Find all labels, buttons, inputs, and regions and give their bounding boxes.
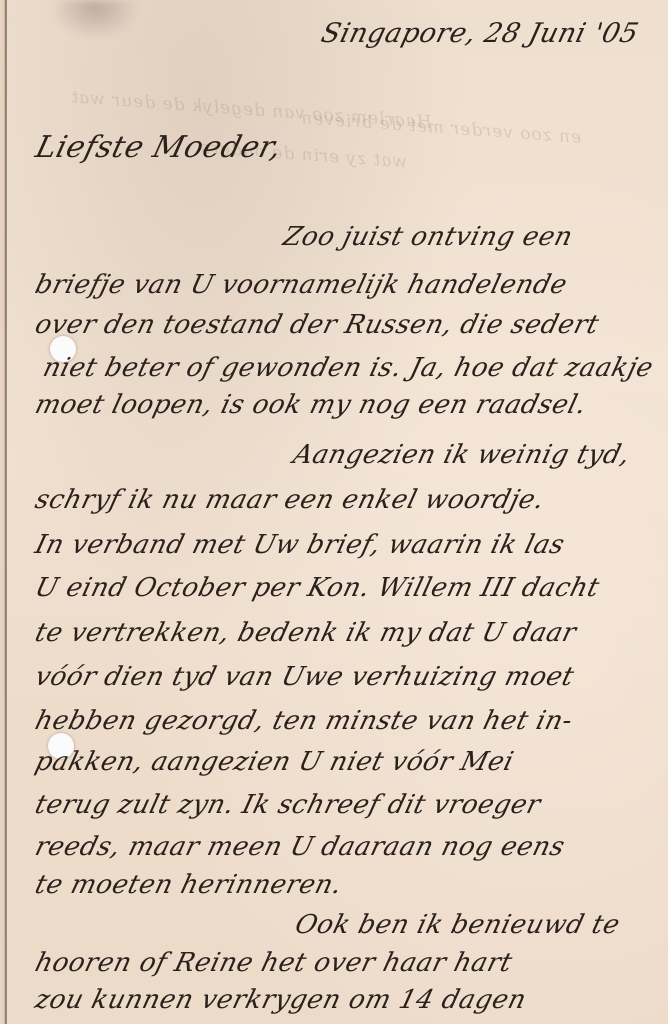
letter-page: Haarlem zoo van degelyk de deur wat en z…	[0, 0, 668, 1024]
paper-left-edge	[0, 0, 7, 1024]
letter-line: schryf ik nu maar een enkel woordje.	[32, 485, 548, 515]
letter-line: In verband met Uw brief, waarin ik las	[32, 530, 568, 560]
salutation: Liefste Moeder,	[32, 130, 285, 165]
letter-line: hebben gezorgd, ten minste van het in-	[32, 706, 576, 736]
letter-line: te vertrekken, bedenk ik my dat U daar	[32, 618, 579, 648]
letter-line: te moeten herinneren.	[32, 870, 345, 900]
letter-line: Aangezien ik weinig tyd,	[290, 440, 633, 470]
letter-line: vóór dien tyd van Uwe verhuizing moet	[32, 662, 577, 692]
letter-line: hooren of Reine het over haar hart	[32, 948, 515, 978]
letter-line: briefje van U voornamelijk handelende	[32, 270, 570, 300]
letter-line: zou kunnen verkrygen om 14 dagen	[32, 985, 529, 1015]
letter-line: U eind October per Kon. Willem III dacht	[32, 573, 603, 603]
letter-line: Zoo juist ontving een	[280, 222, 576, 252]
letter-line: moet loopen, is ook my nog een raadsel.	[32, 390, 590, 420]
letter-line: reeds, maar meen U daaraan nog eens	[32, 832, 568, 862]
letter-line: niet beter of gewonden is. Ja, hoe dat z…	[40, 353, 656, 383]
letter-line: pakken, aangezien U niet vóór Mei	[32, 747, 517, 777]
dateline: Singapore, 28 Juni '05	[318, 18, 642, 49]
bleed-through-text: en zoo verder met de brieven	[300, 108, 582, 148]
paper-stain	[50, 0, 140, 40]
letter-line: over den toestand der Russen, die sedert	[32, 310, 602, 340]
letter-line: terug zult zyn. Ik schreef dit vroeger	[32, 790, 544, 820]
letter-line: Ook ben ik benieuwd te	[292, 910, 623, 940]
